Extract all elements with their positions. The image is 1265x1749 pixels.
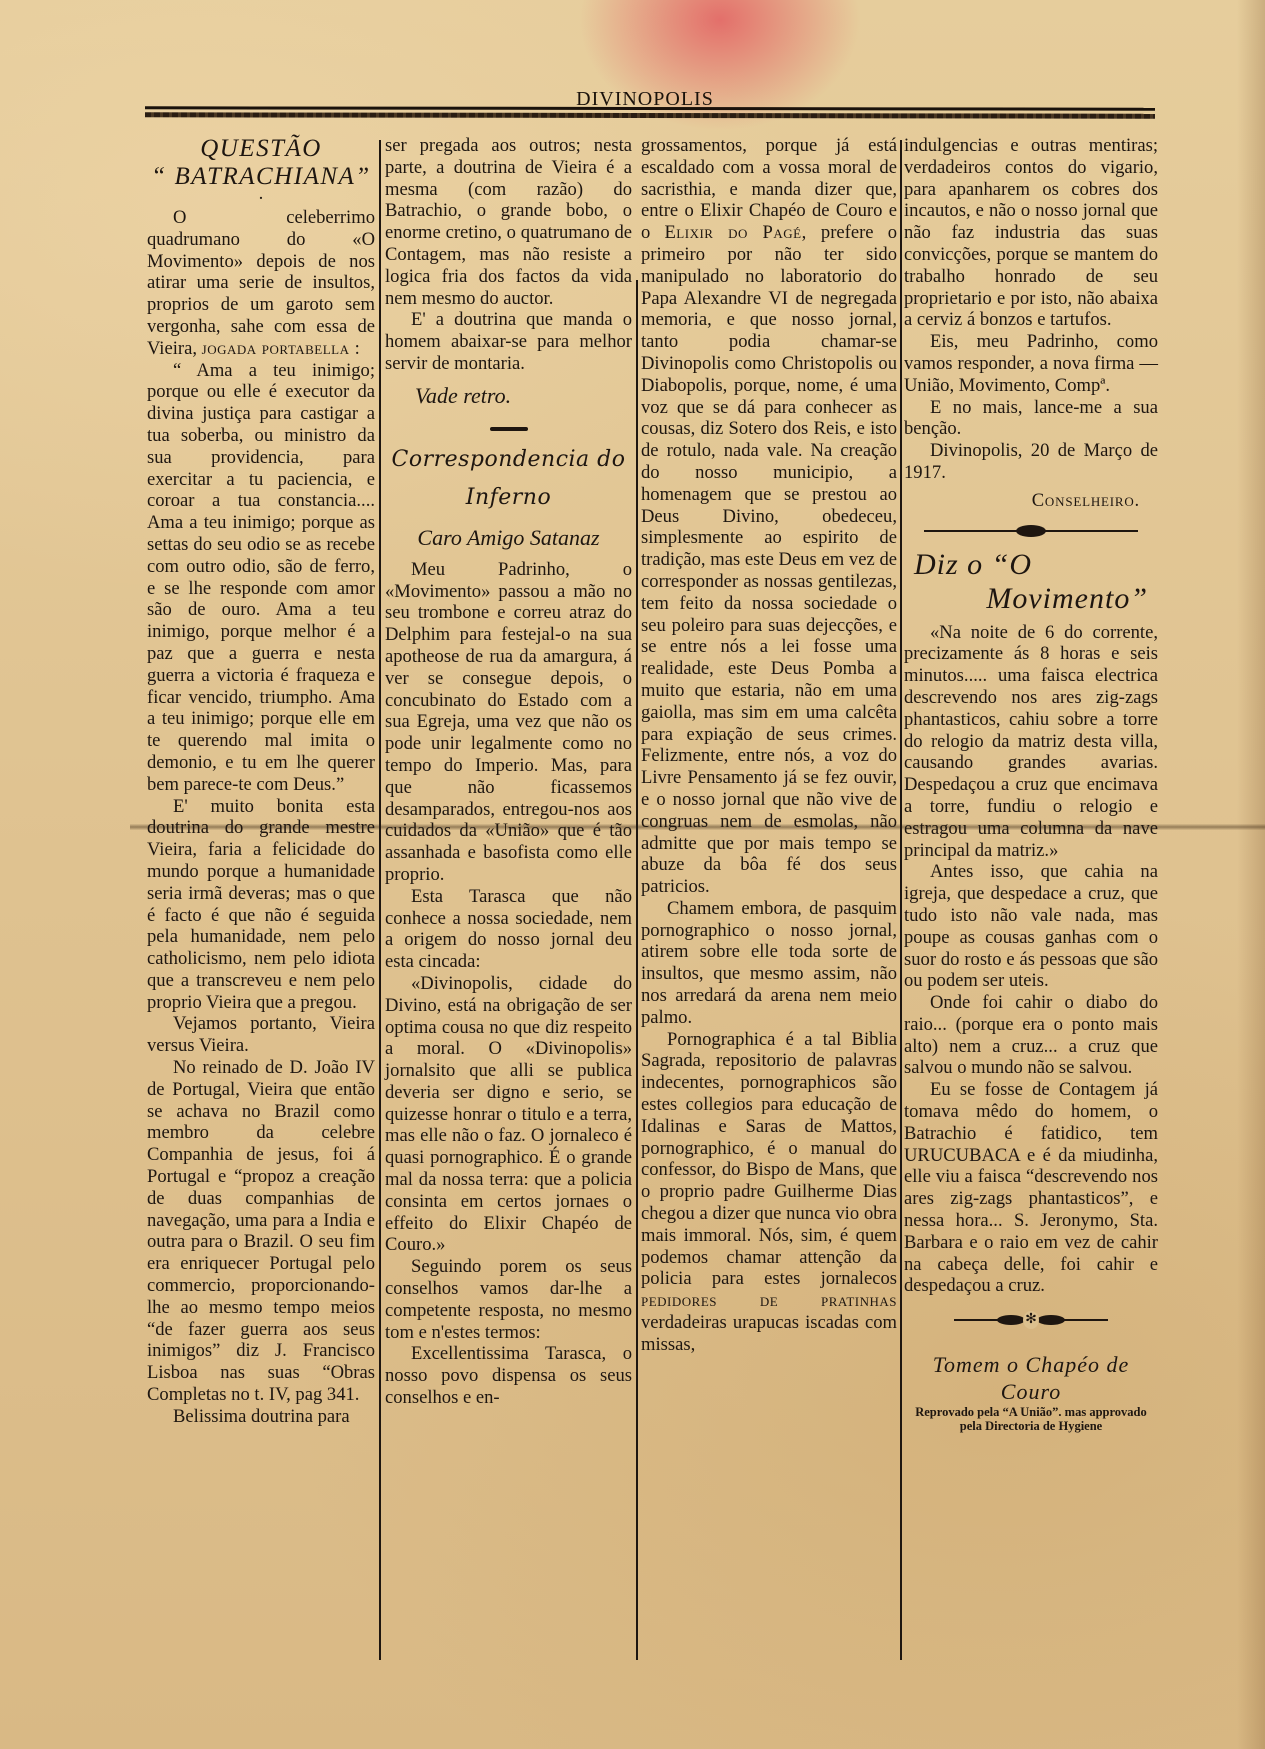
article1-closing: Vade retro. [385, 381, 632, 411]
article1-cont-paragraph: ser pregada aos outros; nesta parte, a d… [385, 135, 632, 309]
advert-note: Reprovado pela “A União”. mas approvado … [904, 1405, 1158, 1433]
article2-salutation: Caro Amigo Satanaz [385, 523, 632, 553]
article2-signature: Conselheiro. [904, 490, 1140, 512]
column-4: indulgencias e outras mentiras; verdadei… [904, 135, 1158, 1433]
smallcaps-elixir: Elixir do Pagé, [664, 222, 806, 243]
article2-dateline: Divinopolis, 20 de Março de 1917. [904, 440, 1158, 484]
ornament-star-icon: ✻ [1023, 1311, 1039, 1329]
article2-paragraph: Seguindo porem os seus conselhos vamos d… [385, 1256, 632, 1343]
article2-end-paragraph: indulgencias e outras mentiras; verdadei… [904, 135, 1158, 331]
article1-paragraph: E' muito bonita esta doutrina do grande … [147, 796, 375, 1014]
smallcaps-phrase: jogada portabella : [202, 338, 361, 359]
article2-title-line2: Inferno [385, 479, 632, 517]
smallcaps-pedidores: pedidores de pratinhas [641, 1290, 897, 1311]
article1-paragraph: O celeberrimo quadrumano do «O Movimento… [147, 207, 375, 360]
article2-paragraph: «Divinopolis, cidade do Divino, está na … [385, 973, 632, 1256]
article1-paragraph: No reinado de D. João IV de Portugal, Vi… [147, 1057, 375, 1406]
article2-cont-paragraph: grossamentos, porque já está escaldado c… [641, 135, 897, 898]
article2-paragraph: Esta Tarasca que não conhece a nossa soc… [385, 886, 632, 973]
article1-title-line2: “ BATRACHIANA” [147, 163, 375, 191]
column-3: grossamentos, porque já está escaldado c… [641, 135, 897, 1356]
article2-end-paragraph: E no mais, lance-me a sua benção. [904, 397, 1158, 441]
article2-paragraph: Meu Padrinho, o «Movimento» passou a mão… [385, 559, 632, 886]
column-divider-2 [636, 280, 638, 1660]
article3-paragraph: «Na noite de 6 do corrente, precizamente… [904, 622, 1158, 862]
column-divider-1 [379, 140, 381, 1660]
ornament-dot-icon [1016, 525, 1046, 537]
separator-dash [490, 427, 528, 431]
article1-title-line1: QUESTÃO [147, 135, 375, 163]
article3-paragraph: Eu se fosse de Contagem já tomava mêdo d… [904, 1079, 1158, 1297]
page-edge-shadow [1237, 0, 1265, 1749]
article1-paragraph: “ Ama a teu inimigo; porque ou elle é ex… [147, 360, 375, 796]
advert-title-line2: Couro [904, 1378, 1158, 1405]
article1-cont-paragraph: E' a doutrina que manda o homem abaixar-… [385, 309, 632, 374]
article1-paragraph: Vejamos portanto, Vieira versus Vieira. [147, 1013, 375, 1057]
article3-title-line1: Diz o “O [904, 548, 1158, 582]
column-divider-3 [900, 140, 902, 1660]
masthead-rule-thick [145, 112, 1155, 118]
ornament-dot-icon [997, 1315, 1025, 1325]
ornament-dot-icon [1037, 1315, 1065, 1325]
article3-title-line2: Movimento” [904, 582, 1158, 616]
column-2: ser pregada aos outros; nesta parte, a d… [385, 135, 632, 1409]
separator-ornament-star: ✻ [954, 1311, 1108, 1329]
article2-cont-paragraph: Chamem embora, de pasquim pornographico … [641, 898, 897, 1029]
article3-paragraph: Onde foi cahir o diabo do raio... (porqu… [904, 992, 1158, 1079]
article2-title-line1: Correspondencia do [385, 441, 632, 479]
article2-paragraph: Excellentissima Tarasca, o nosso povo di… [385, 1343, 632, 1408]
separator-ornament [924, 522, 1138, 540]
article2-end-paragraph: Eis, meu Padrinho, como vamos responder,… [904, 331, 1158, 396]
article2-cont-paragraph: Pornographica é a tal Biblia Sagrada, re… [641, 1029, 897, 1356]
article1-paragraph: Belissima doutrina para [147, 1406, 375, 1428]
title-dot: · [147, 191, 375, 207]
column-1: QUESTÃO “ BATRACHIANA” · O celeberrimo q… [147, 135, 375, 1428]
advert-title-line1: Tomem o Chapéo de [904, 1351, 1158, 1378]
article3-paragraph: Antes isso, que cahia na igreja, que des… [904, 861, 1158, 992]
